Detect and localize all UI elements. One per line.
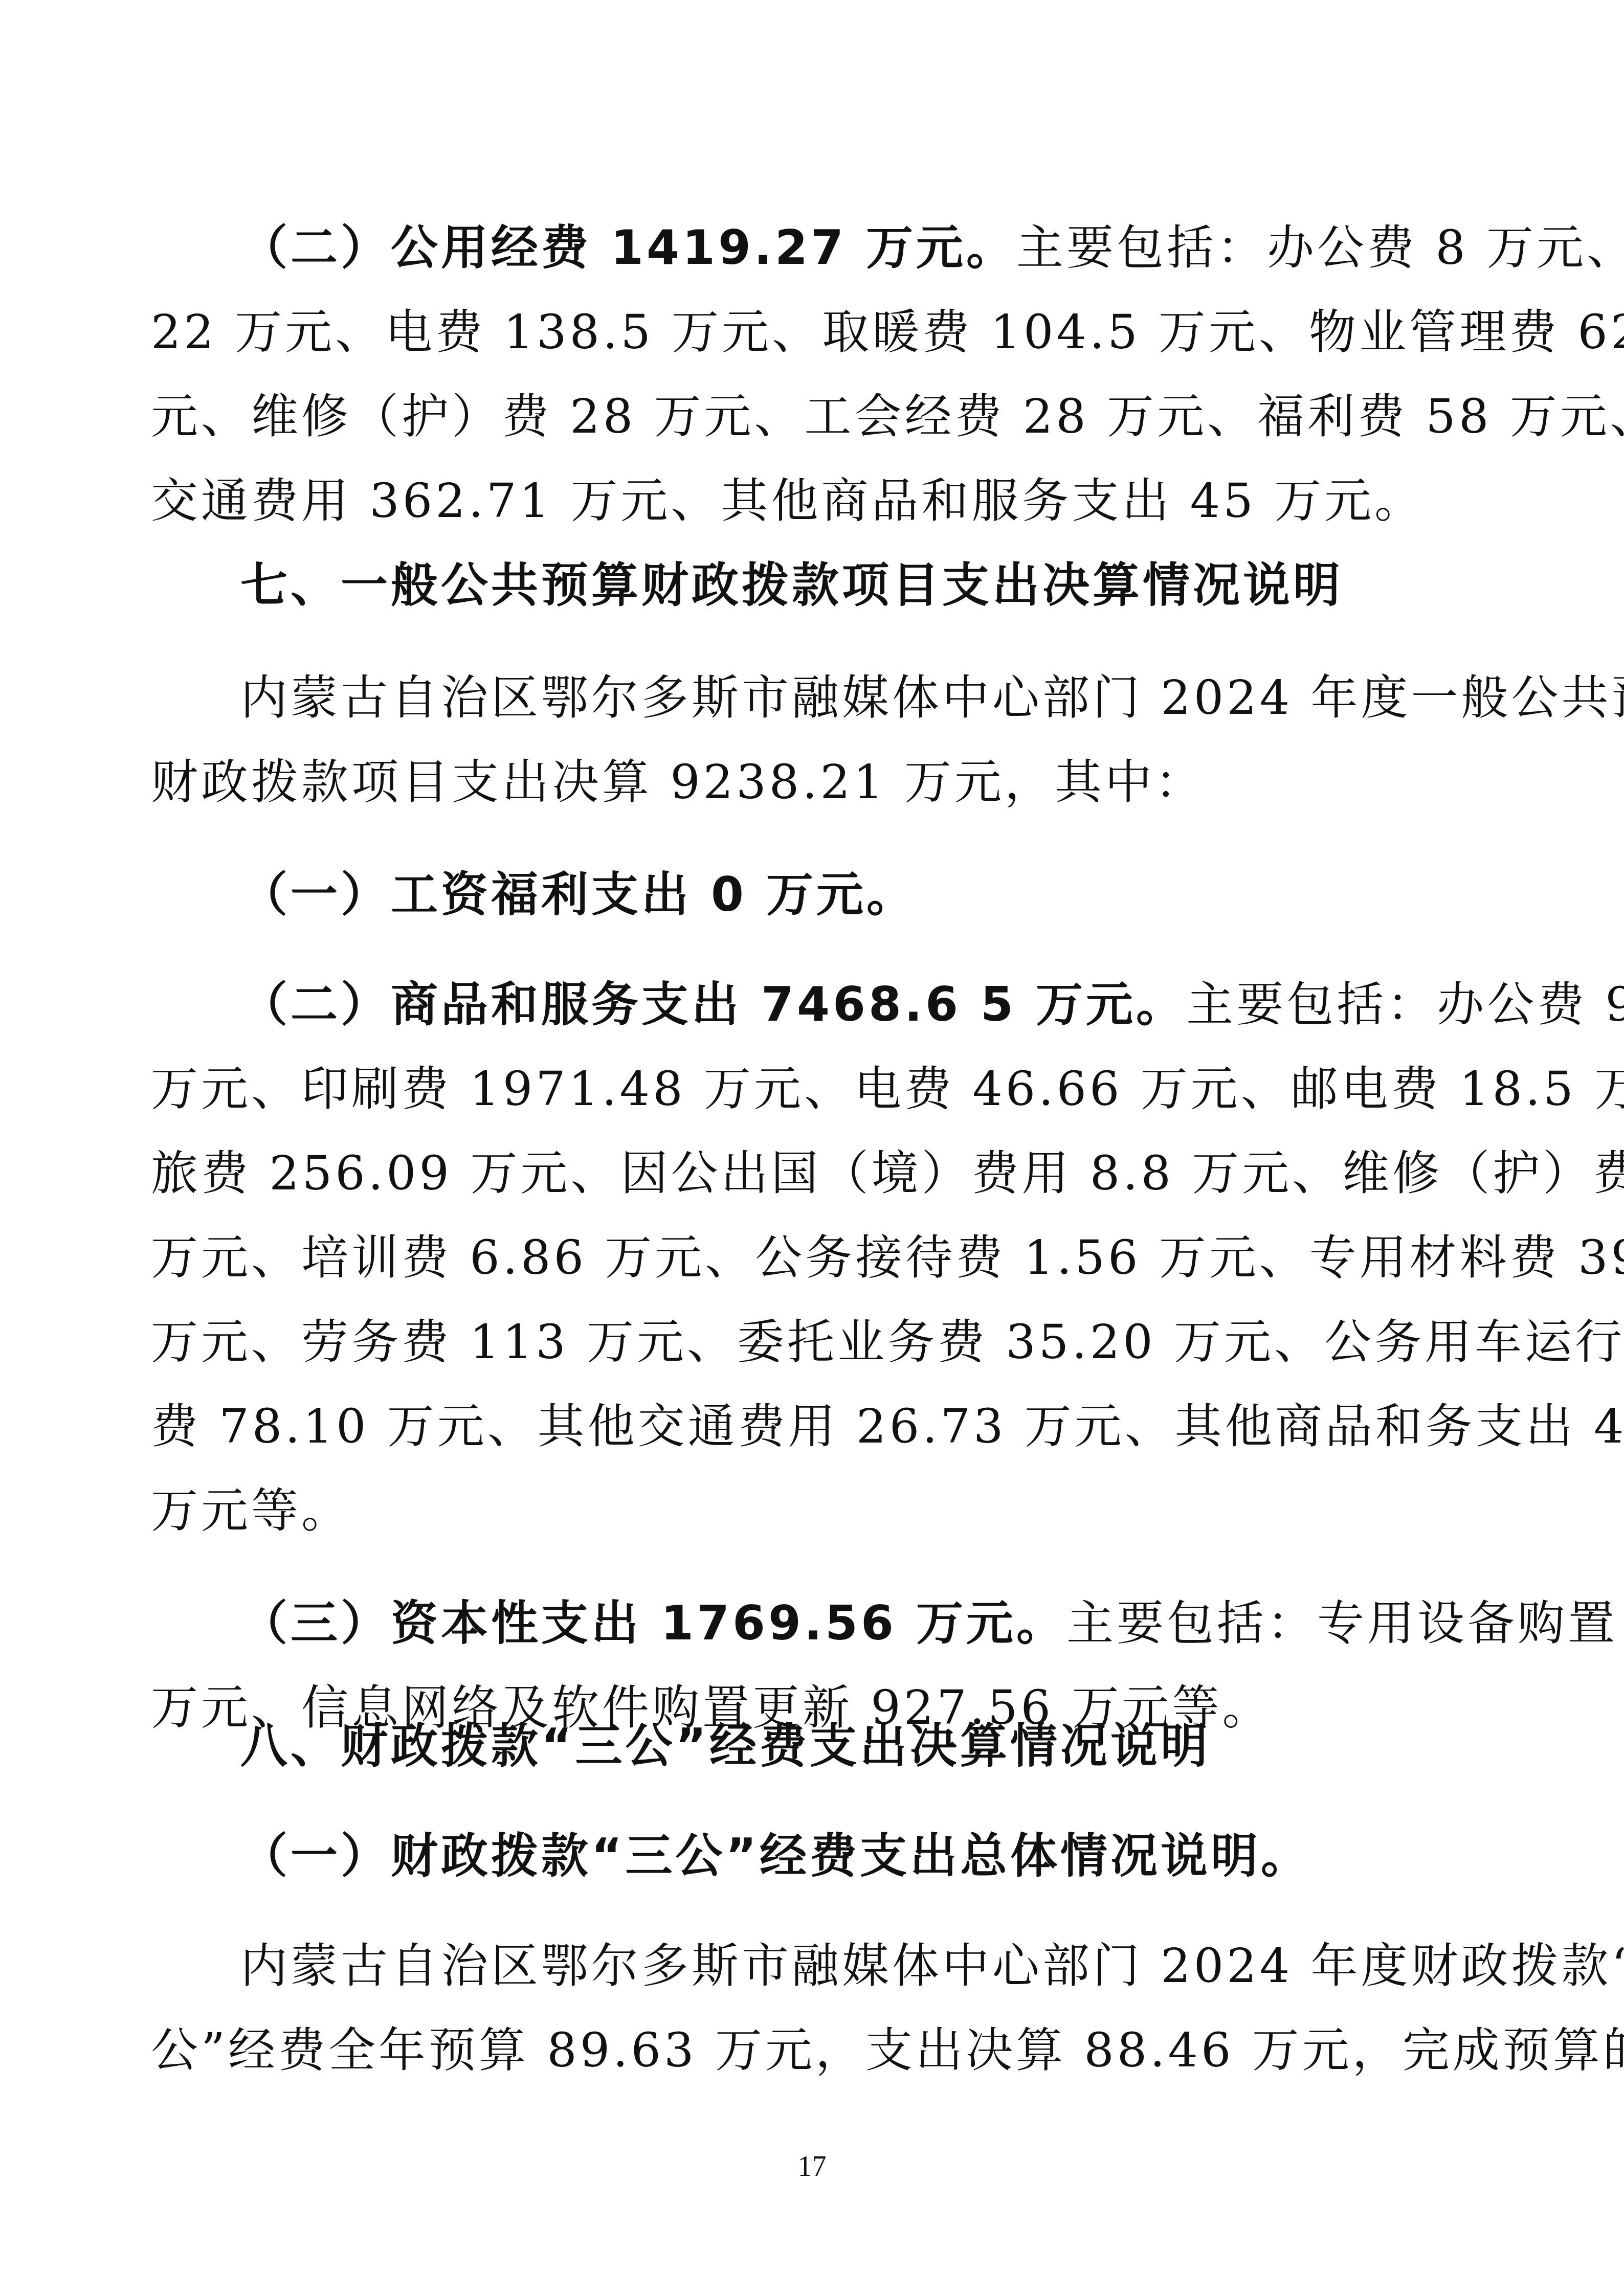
text-line: 旅费 256.09 万元、因公出国（境）费用 8.8 万元、维修（护）费 390… <box>151 1145 1481 1202</box>
text-line: 公”经费全年预算 89.63 万元，支出决算 88.46 万元，完成预算的 <box>151 2022 1481 2079</box>
text-line: 22 万元、电费 138.5 万元、取暖费 104.5 万元、物业管理费 624… <box>151 304 1481 361</box>
paragraph-public-funds: （二）公用经费 1419.27 万元。主要包括：办公费 8 万元、水费 <box>240 220 1570 276</box>
text-line: 交通费用 362.71 万元、其他商品和服务支出 45 万元。 <box>151 473 1481 529</box>
paragraph-goods-services: （二）商品和服务支出 7468.6 5 万元。主要包括：办公费 96.57 <box>240 977 1570 1033</box>
text-line: 万元、劳务费 113 万元、委托业务费 35.20 万元、公务用车运行维护 <box>151 1314 1481 1370</box>
section-heading-7: 七、一般公共预算财政拨款项目支出决算情况说明 <box>240 557 1570 614</box>
paragraph-capital: （三）资本性支出 1769.56 万元。主要包括：专用设备购置 842 <box>240 1595 1570 1652</box>
text-line: 内蒙古自治区鄂尔多斯市融媒体中心部门 2024 年度财政拨款“三 <box>240 1938 1570 1994</box>
document-page: （二）公用经费 1419.27 万元。主要包括：办公费 8 万元、水费 22 万… <box>0 0 1624 2296</box>
text-line: 万元、印刷费 1971.48 万元、电费 46.66 万元、邮电费 18.5 万… <box>151 1061 1481 1117</box>
subheading-three-public: （一）财政拨款“三公”经费支出总体情况说明。 <box>240 1828 1570 1884</box>
text-line: 财政拨款项目支出决算 9238.21 万元，其中： <box>151 754 1481 811</box>
text-line: 万元、培训费 6.86 万元、公务接待费 1.56 万元、专用材料费 399.9… <box>151 1230 1481 1286</box>
text-line: 元、维修（护）费 28 万元、工会经费 28 万元、福利费 58 万元、其他 <box>151 389 1481 445</box>
text-line: 内蒙古自治区鄂尔多斯市融媒体中心部门 2024 年度一般公共预算 <box>240 670 1570 726</box>
paragraph-lead: （二）公用经费 1419.27 万元。 <box>240 220 1016 275</box>
page-number: 17 <box>0 2150 1624 2183</box>
paragraph-lead: （三）资本性支出 1769.56 万元。 <box>240 1596 1066 1651</box>
section-heading-8: 八、财政拨款“三公”经费支出决算情况说明 <box>240 1718 1570 1774</box>
paragraph-lead: （二）商品和服务支出 7468.6 5 万元。 <box>240 977 1186 1032</box>
text-line: 万元等。 <box>151 1483 1481 1539</box>
subheading-wages: （一）工资福利支出 0 万元。 <box>240 867 1570 923</box>
text-line: 费 78.10 万元、其他交通费用 26.73 万元、其他商品和务支出 4018… <box>151 1399 1481 1455</box>
